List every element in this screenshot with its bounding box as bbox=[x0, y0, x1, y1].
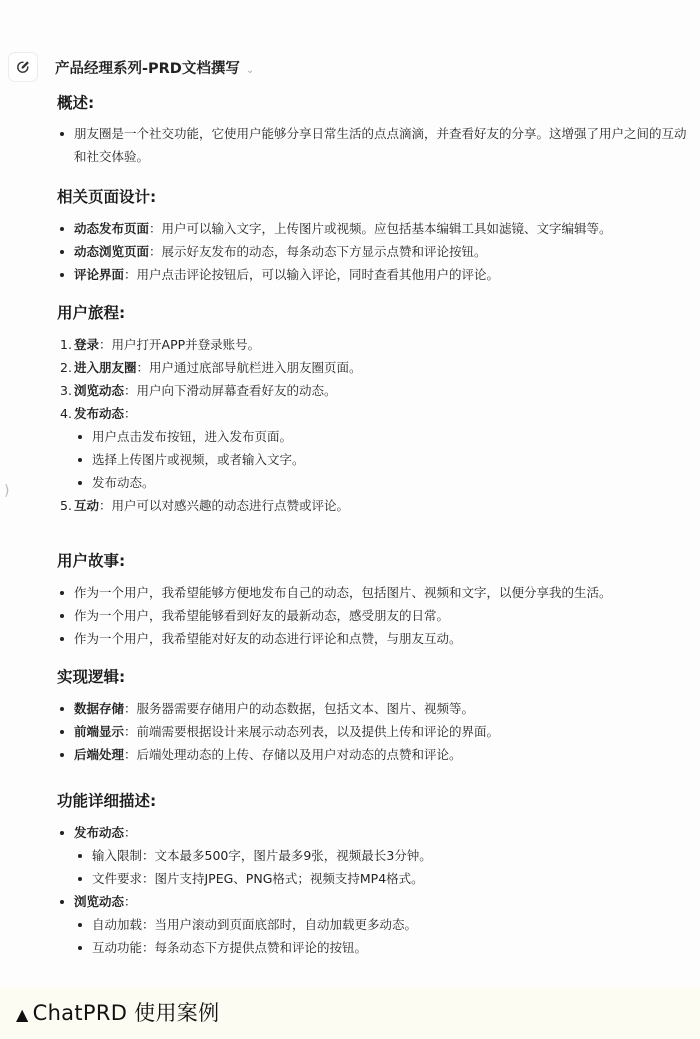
feature-group: 发布动态： bbox=[57, 821, 687, 844]
sidebar-toggle-icon[interactable]: ) bbox=[4, 484, 10, 498]
journey-substep: 发布动态。 bbox=[57, 471, 687, 494]
feature-detail: 互动功能：每条动态下方提供点赞和评论的按钮。 bbox=[57, 936, 687, 959]
list-item: 评论界面：用户点击评论按钮后，可以输入评论，同时查看其他用户的评论。 bbox=[57, 263, 687, 286]
title-text: 产品经理系列-PRD文档撰写 bbox=[55, 61, 240, 77]
chevron-down-icon[interactable]: ⌄ bbox=[246, 65, 254, 76]
list-item: 数据存储：服务器需要存储用户的动态数据，包括文本、图片、视频等。 bbox=[57, 697, 687, 720]
list-item: 动态浏览页面：展示好友发布的动态，每条动态下方显示点赞和评论按钮。 bbox=[57, 240, 687, 263]
list-item: 朋友圈是一个社交功能，它使用户能够分享日常生活的点点滴滴，并查看好友的分享。这增… bbox=[57, 122, 687, 168]
journey-step: 1.登录：用户打开APP并登录账号。 bbox=[57, 333, 687, 356]
list-item: 动态发布页面：用户可以输入文字，上传图片或视频。应包括基本编辑工具如滤镜、文字编… bbox=[57, 217, 687, 240]
section-overview: 概述: 朋友圈是一个社交功能，它使用户能够分享日常生活的点点滴滴，并查看好友的分… bbox=[57, 92, 687, 168]
feature-detail: 文件要求：图片支持JPEG、PNG格式；视频支持MP4格式。 bbox=[57, 867, 687, 890]
section-heading: 用户旅程: bbox=[57, 302, 687, 324]
section-user-journey: 用户旅程: 1.登录：用户打开APP并登录账号。 2.进入朋友圈：用户通过底部导… bbox=[57, 302, 687, 517]
list-item: 作为一个用户，我希望能对好友的动态进行评论和点赞，与朋友互动。 bbox=[57, 627, 687, 650]
section-heading: 功能详细描述: bbox=[57, 790, 687, 812]
conversation-title[interactable]: 产品经理系列-PRD文档撰写⌄ bbox=[55, 57, 254, 78]
journey-step: 5.互动：用户可以对感兴趣的动态进行点赞或评论。 bbox=[57, 494, 687, 517]
journey-substep: 用户点击发布按钮，进入发布页面。 bbox=[57, 425, 687, 448]
section-features: 功能详细描述: 发布动态： 输入限制：文本最多500字，图片最多9张，视频最长3… bbox=[57, 790, 687, 959]
feature-detail: 自动加载：当用户滚动到页面底部时，自动加载更多动态。 bbox=[57, 913, 687, 936]
caption-text: ▲ChatPRD 使用案例 bbox=[16, 997, 219, 1027]
caption-banner: ▲ChatPRD 使用案例 bbox=[0, 988, 700, 1039]
new-chat-button[interactable] bbox=[8, 52, 38, 82]
edit-icon bbox=[16, 60, 30, 74]
section-logic: 实现逻辑: 数据存储：服务器需要存储用户的动态数据，包括文本、图片、视频等。 前… bbox=[57, 666, 687, 766]
list-item: 后端处理：后端处理动态的上传、存储以及用户对动态的点赞和评论。 bbox=[57, 743, 687, 766]
section-heading: 相关页面设计: bbox=[57, 186, 687, 208]
feature-group: 浏览动态： bbox=[57, 890, 687, 913]
list-item: 作为一个用户，我希望能够方便地发布自己的动态，包括图片、视频和文字，以便分享我的… bbox=[57, 581, 687, 604]
section-heading: 实现逻辑: bbox=[57, 666, 687, 688]
journey-step: 4.发布动态： bbox=[57, 402, 687, 425]
journey-step: 3.浏览动态：用户向下滑动屏幕查看好友的动态。 bbox=[57, 379, 687, 402]
section-page-design: 相关页面设计: 动态发布页面：用户可以输入文字，上传图片或视频。应包括基本编辑工… bbox=[57, 186, 687, 286]
section-user-stories: 用户故事: 作为一个用户，我希望能够方便地发布自己的动态，包括图片、视频和文字，… bbox=[57, 550, 687, 650]
triangle-up-icon: ▲ bbox=[16, 1005, 29, 1024]
header-bar: 产品经理系列-PRD文档撰写⌄ bbox=[0, 50, 700, 84]
section-heading: 概述: bbox=[57, 92, 687, 114]
journey-step: 2.进入朋友圈：用户通过底部导航栏进入朋友圈页面。 bbox=[57, 356, 687, 379]
journey-substep: 选择上传图片或视频，或者输入文字。 bbox=[57, 448, 687, 471]
section-heading: 用户故事: bbox=[57, 550, 687, 572]
list-item: 前端显示：前端需要根据设计来展示动态列表，以及提供上传和评论的界面。 bbox=[57, 720, 687, 743]
list-item: 作为一个用户，我希望能够看到好友的最新动态，感受朋友的日常。 bbox=[57, 604, 687, 627]
feature-detail: 输入限制：文本最多500字，图片最多9张，视频最长3分钟。 bbox=[57, 844, 687, 867]
